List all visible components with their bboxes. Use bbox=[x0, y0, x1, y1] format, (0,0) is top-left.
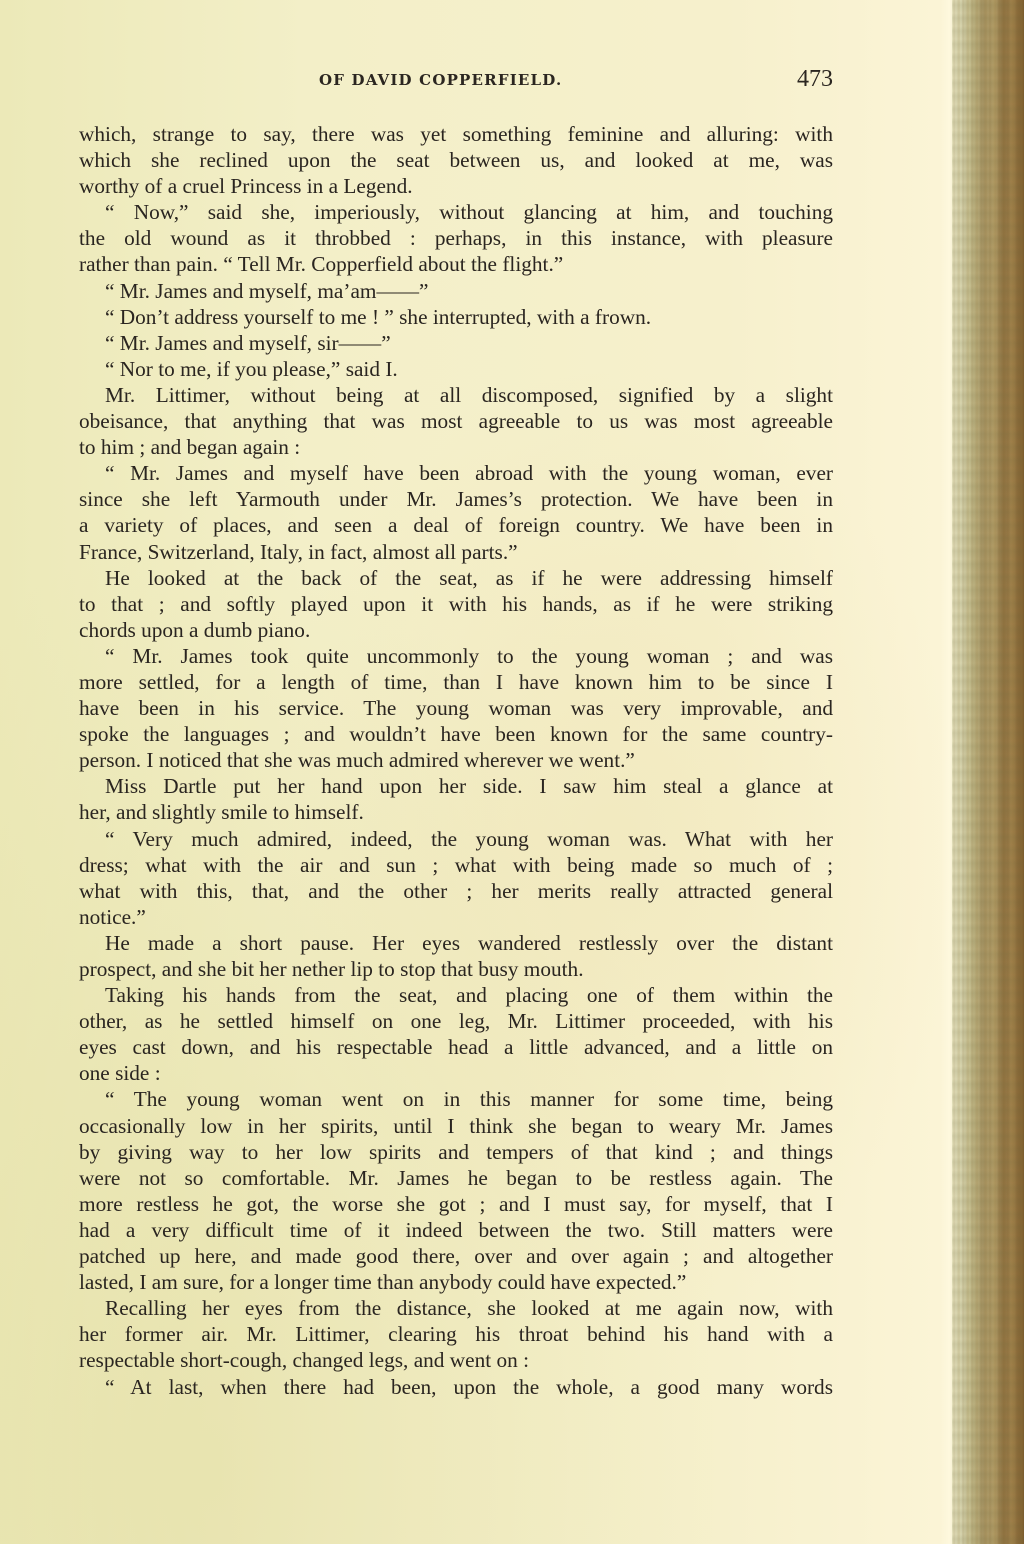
text-line: which she reclined upon the seat between… bbox=[79, 147, 833, 173]
book-page: OF DAVID COPPERFIELD. 473 which, strange… bbox=[0, 0, 1024, 1544]
paragraph: “ Now,” said she, imperiously, without g… bbox=[79, 199, 833, 277]
paragraph: “ Mr. James took quite uncommonly to the… bbox=[79, 643, 833, 773]
text-line: “ Mr. James and myself have been abroad … bbox=[79, 460, 833, 486]
text-line: prospect, and she bit her nether lip to … bbox=[79, 956, 833, 982]
text-line: respectable short-cough, changed legs, a… bbox=[79, 1347, 833, 1373]
text-line: “ Very much admired, indeed, the young w… bbox=[79, 826, 833, 852]
text-line: Mr. Littimer, without being at all disco… bbox=[79, 382, 833, 408]
paragraph: Recalling her eyes from the distance, sh… bbox=[79, 1295, 833, 1373]
text-line: worthy of a cruel Princess in a Legend. bbox=[79, 173, 833, 199]
paragraph: “ The young woman went on in this manner… bbox=[79, 1086, 833, 1295]
running-head: OF DAVID COPPERFIELD. 473 bbox=[79, 66, 833, 96]
text-line: one side : bbox=[79, 1060, 833, 1086]
text-line: to that ; and softly played upon it with… bbox=[79, 591, 833, 617]
text-line: Recalling her eyes from the distance, sh… bbox=[79, 1295, 833, 1321]
text-line: have been in his service. The young woma… bbox=[79, 695, 833, 721]
text-line: notice.” bbox=[79, 904, 833, 930]
book-fore-edge bbox=[952, 0, 1024, 1544]
paragraph: Miss Dartle put her hand upon her side. … bbox=[79, 773, 833, 825]
text-line: “ Now,” said she, imperiously, without g… bbox=[79, 199, 833, 225]
text-line: “ Nor to me, if you please,” said I. bbox=[79, 356, 833, 382]
text-line: chords upon a dumb piano. bbox=[79, 617, 833, 643]
text-line: more restless he got, the worse she got … bbox=[79, 1191, 833, 1217]
text-line: “ At last, when there had been, upon the… bbox=[79, 1374, 833, 1400]
paragraph: “ Mr. James and myself, ma’am——” bbox=[79, 278, 833, 304]
paragraph: “ Very much admired, indeed, the young w… bbox=[79, 826, 833, 930]
paragraph: “ Mr. James and myself have been abroad … bbox=[79, 460, 833, 564]
text-line: since she left Yarmouth under Mr. James’… bbox=[79, 486, 833, 512]
text-line: were not so comfortable. Mr. James he be… bbox=[79, 1165, 833, 1191]
text-line: “ Mr. James and myself, ma’am——” bbox=[79, 278, 833, 304]
page-number: 473 bbox=[797, 66, 833, 93]
paragraph: “ Don’t address yourself to me ! ” she i… bbox=[79, 304, 833, 330]
text-line: He looked at the back of the seat, as if… bbox=[79, 565, 833, 591]
paragraph: “ Mr. James and myself, sir——” bbox=[79, 330, 833, 356]
text-line: occasionally low in her spirits, until I… bbox=[79, 1113, 833, 1139]
paragraph: He made a short pause. Her eyes wandered… bbox=[79, 930, 833, 982]
text-line: Taking his hands from the seat, and plac… bbox=[79, 982, 833, 1008]
body-text: which, strange to say, there was yet som… bbox=[79, 121, 833, 1400]
text-line: her former air. Mr. Littimer, clearing h… bbox=[79, 1321, 833, 1347]
text-line: by giving way to her low spirits and tem… bbox=[79, 1139, 833, 1165]
text-line: “ Mr. James and myself, sir——” bbox=[79, 330, 833, 356]
text-line: “ Mr. James took quite uncommonly to the… bbox=[79, 643, 833, 669]
text-line: rather than pain. “ Tell Mr. Copperfield… bbox=[79, 251, 833, 277]
text-line: He made a short pause. Her eyes wandered… bbox=[79, 930, 833, 956]
paragraph: “ Nor to me, if you please,” said I. bbox=[79, 356, 833, 382]
text-line: her, and slightly smile to himself. bbox=[79, 799, 833, 825]
text-line: patched up here, and made good there, ov… bbox=[79, 1243, 833, 1269]
text-line: had a very difficult time of it indeed b… bbox=[79, 1217, 833, 1243]
paragraph: “ At last, when there had been, upon the… bbox=[79, 1374, 833, 1400]
paragraph: Taking his hands from the seat, and plac… bbox=[79, 982, 833, 1086]
text-line: to him ; and began again : bbox=[79, 434, 833, 460]
text-line: what with this, that, and the other ; he… bbox=[79, 878, 833, 904]
text-line: person. I noticed that she was much admi… bbox=[79, 747, 833, 773]
text-line: a variety of places, and seen a deal of … bbox=[79, 512, 833, 538]
paragraph: He looked at the back of the seat, as if… bbox=[79, 565, 833, 643]
paragraph: which, strange to say, there was yet som… bbox=[79, 121, 833, 199]
paragraph: Mr. Littimer, without being at all disco… bbox=[79, 382, 833, 460]
text-line: lasted, I am sure, for a longer time tha… bbox=[79, 1269, 833, 1295]
text-line: France, Switzerland, Italy, in fact, alm… bbox=[79, 539, 833, 565]
text-line: spoke the languages ; and wouldn’t have … bbox=[79, 721, 833, 747]
text-line: Miss Dartle put her hand upon her side. … bbox=[79, 773, 833, 799]
text-line: the old wound as it throbbed : perhaps, … bbox=[79, 225, 833, 251]
text-line: dress; what with the air and sun ; what … bbox=[79, 852, 833, 878]
text-line: “ Don’t address yourself to me ! ” she i… bbox=[79, 304, 833, 330]
running-title: OF DAVID COPPERFIELD. bbox=[319, 71, 562, 89]
text-line: “ The young woman went on in this manner… bbox=[79, 1086, 833, 1112]
text-line: obeisance, that anything that was most a… bbox=[79, 408, 833, 434]
text-line: eyes cast down, and his respectable head… bbox=[79, 1034, 833, 1060]
text-line: other, as he settled himself on one leg,… bbox=[79, 1008, 833, 1034]
text-line: which, strange to say, there was yet som… bbox=[79, 121, 833, 147]
text-line: more settled, for a length of time, than… bbox=[79, 669, 833, 695]
